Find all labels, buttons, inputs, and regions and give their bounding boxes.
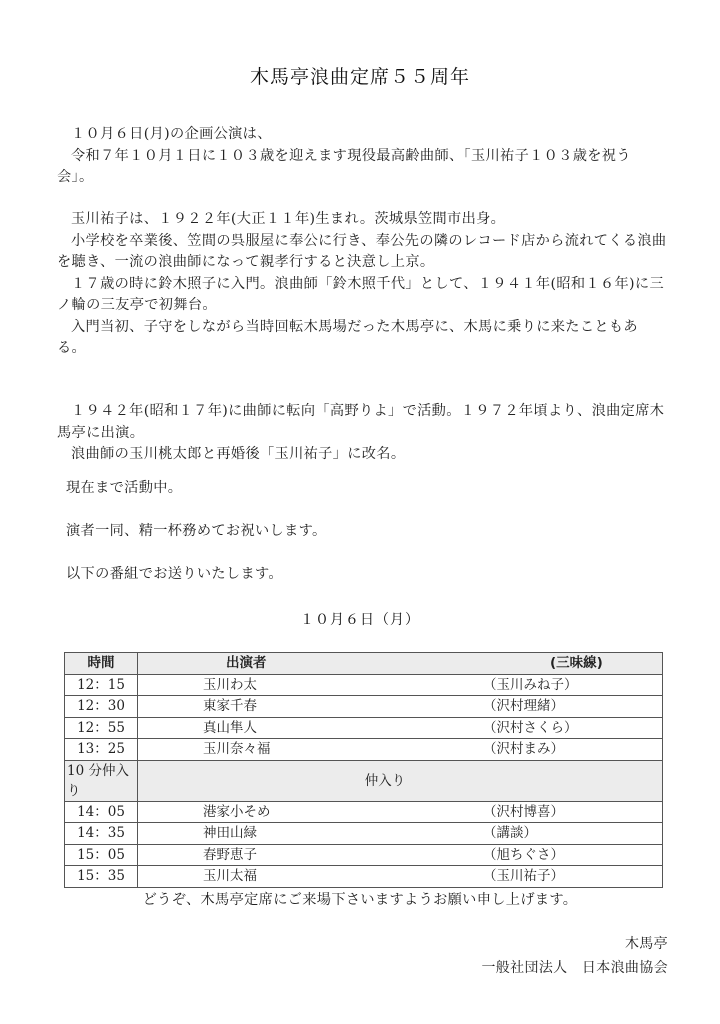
intermission-text: 仲入り — [138, 760, 663, 801]
bio-line-3: １７歳の時に鈴木照子に入門。浪曲師「鈴木照千代」として、１９４１年(昭和１６年)… — [57, 274, 667, 317]
row-time: 13：25 — [65, 739, 138, 761]
row-shamisen: （沢村さくら） — [403, 717, 663, 739]
intro-line-2: 令和７年１０月１日に１０３歳を迎えます現役最高齢曲師、「玉川祐子１０３歳を祝う会… — [57, 146, 667, 189]
row-performer: 神田山緑 — [138, 823, 404, 845]
row-time: 12：15 — [65, 674, 138, 696]
biography-paragraph: 玉川祐子は、１９２２年(大正１１年)生まれ。茨城県笠間市出身。 小学校を卒業後、… — [57, 209, 667, 360]
career-paragraph: １９４２年(昭和１７年)に曲師に転向「高野りよ」で活動。１９７２年頃より、浪曲定… — [57, 401, 667, 466]
row-time: 15：35 — [65, 866, 138, 888]
intro-paragraph: １０月６日(月)の企画公演は、 令和７年１０月１日に１０３歳を迎えます現役最高齢… — [57, 124, 667, 189]
bio-line-1: 玉川祐子は、１９２２年(大正１１年)生まれ。茨城県笠間市出身。 — [57, 209, 667, 231]
row-time: 14：35 — [65, 823, 138, 845]
career-line-1: １９４２年(昭和１７年)に曲師に転向「高野りよ」で活動。１９７２年頃より、浪曲定… — [57, 401, 667, 444]
table-row: 14：35 神田山緑 （講談） — [65, 823, 663, 845]
table-row: 13：25 玉川奈々福 （沢村まみ） — [65, 739, 663, 761]
intermission-row: 10 分仲入り 仲入り — [65, 760, 663, 801]
table-row: 12：55 真山隼人 （沢村さくら） — [65, 717, 663, 739]
table-row: 12：15 玉川わ太 （玉川みね子） — [65, 674, 663, 696]
row-shamisen: （沢村博喜） — [403, 801, 663, 823]
row-shamisen: （玉川みね子） — [403, 674, 663, 696]
row-time: 12：55 — [65, 717, 138, 739]
row-performer: 玉川太福 — [138, 866, 404, 888]
career-line-2: 浪曲師の玉川桃太郎と再婚後「玉川祐子」に改名。 — [57, 444, 667, 466]
row-performer: 港家小そめ — [138, 801, 404, 823]
table-row: 15：35 玉川太福 （玉川祐子） — [65, 866, 663, 888]
header-time: 時間 — [65, 653, 138, 675]
signature-organization: 一般社団法人 日本浪曲協会 — [481, 956, 668, 980]
program-intro: 以下の番組でお送りいたします。 — [66, 564, 676, 586]
row-shamisen: （講談） — [403, 823, 663, 845]
row-performer: 東家千春 — [138, 696, 404, 718]
table-row: 15：05 春野恵子 （旭ちぐさ） — [65, 844, 663, 866]
active-note: 現在まで活動中。 — [66, 478, 676, 500]
row-shamisen: （沢村まみ） — [403, 739, 663, 761]
document-title: 木馬亭浪曲定席５５周年 — [0, 62, 720, 89]
table-row: 12：30 東家千春 （沢村理緒） — [65, 696, 663, 718]
row-performer: 玉川奈々福 — [138, 739, 404, 761]
table-header-row: 時間 出演者 (三味線) — [65, 653, 663, 675]
bio-line-2: 小学校を卒業後、笠間の呉服屋に奉公に行き、奉公先の隣のレコード店から流れてくる浪… — [57, 231, 667, 274]
row-shamisen: （旭ちぐさ） — [403, 844, 663, 866]
table-row: 14：05 港家小そめ （沢村博喜） — [65, 801, 663, 823]
row-shamisen: （玉川祐子） — [403, 866, 663, 888]
row-performer: 玉川わ太 — [138, 674, 404, 696]
row-shamisen: （沢村理緒） — [403, 696, 663, 718]
program-table: 時間 出演者 (三味線) 12：15 玉川わ太 （玉川みね子） 12：30 東家… — [64, 652, 663, 888]
intermission-label: 10 分仲入り — [65, 760, 138, 801]
header-shamisen: (三味線) — [403, 653, 663, 675]
row-performer: 春野恵子 — [138, 844, 404, 866]
intro-line-1: １０月６日(月)の企画公演は、 — [57, 124, 667, 146]
bio-line-4: 入門当初、子守をしながら当時回転木馬場だった木馬亭に、木馬に乗りに来たこともある… — [57, 317, 667, 360]
closing-message: どうぞ、木馬亭定席にご来場下さいますようお願い申し上げます。 — [0, 889, 720, 909]
row-time: 15：05 — [65, 844, 138, 866]
header-performer: 出演者 — [138, 653, 404, 675]
row-time: 12：30 — [65, 696, 138, 718]
signature-venue: 木馬亭 — [481, 932, 668, 956]
celebration-note: 演者一同、精一杯務めてお祝いします。 — [66, 521, 676, 543]
signature-block: 木馬亭 一般社団法人 日本浪曲協会 — [481, 932, 668, 980]
row-time: 14：05 — [65, 801, 138, 823]
program-date-heading: １０月６日（月） — [0, 609, 720, 629]
row-performer: 真山隼人 — [138, 717, 404, 739]
